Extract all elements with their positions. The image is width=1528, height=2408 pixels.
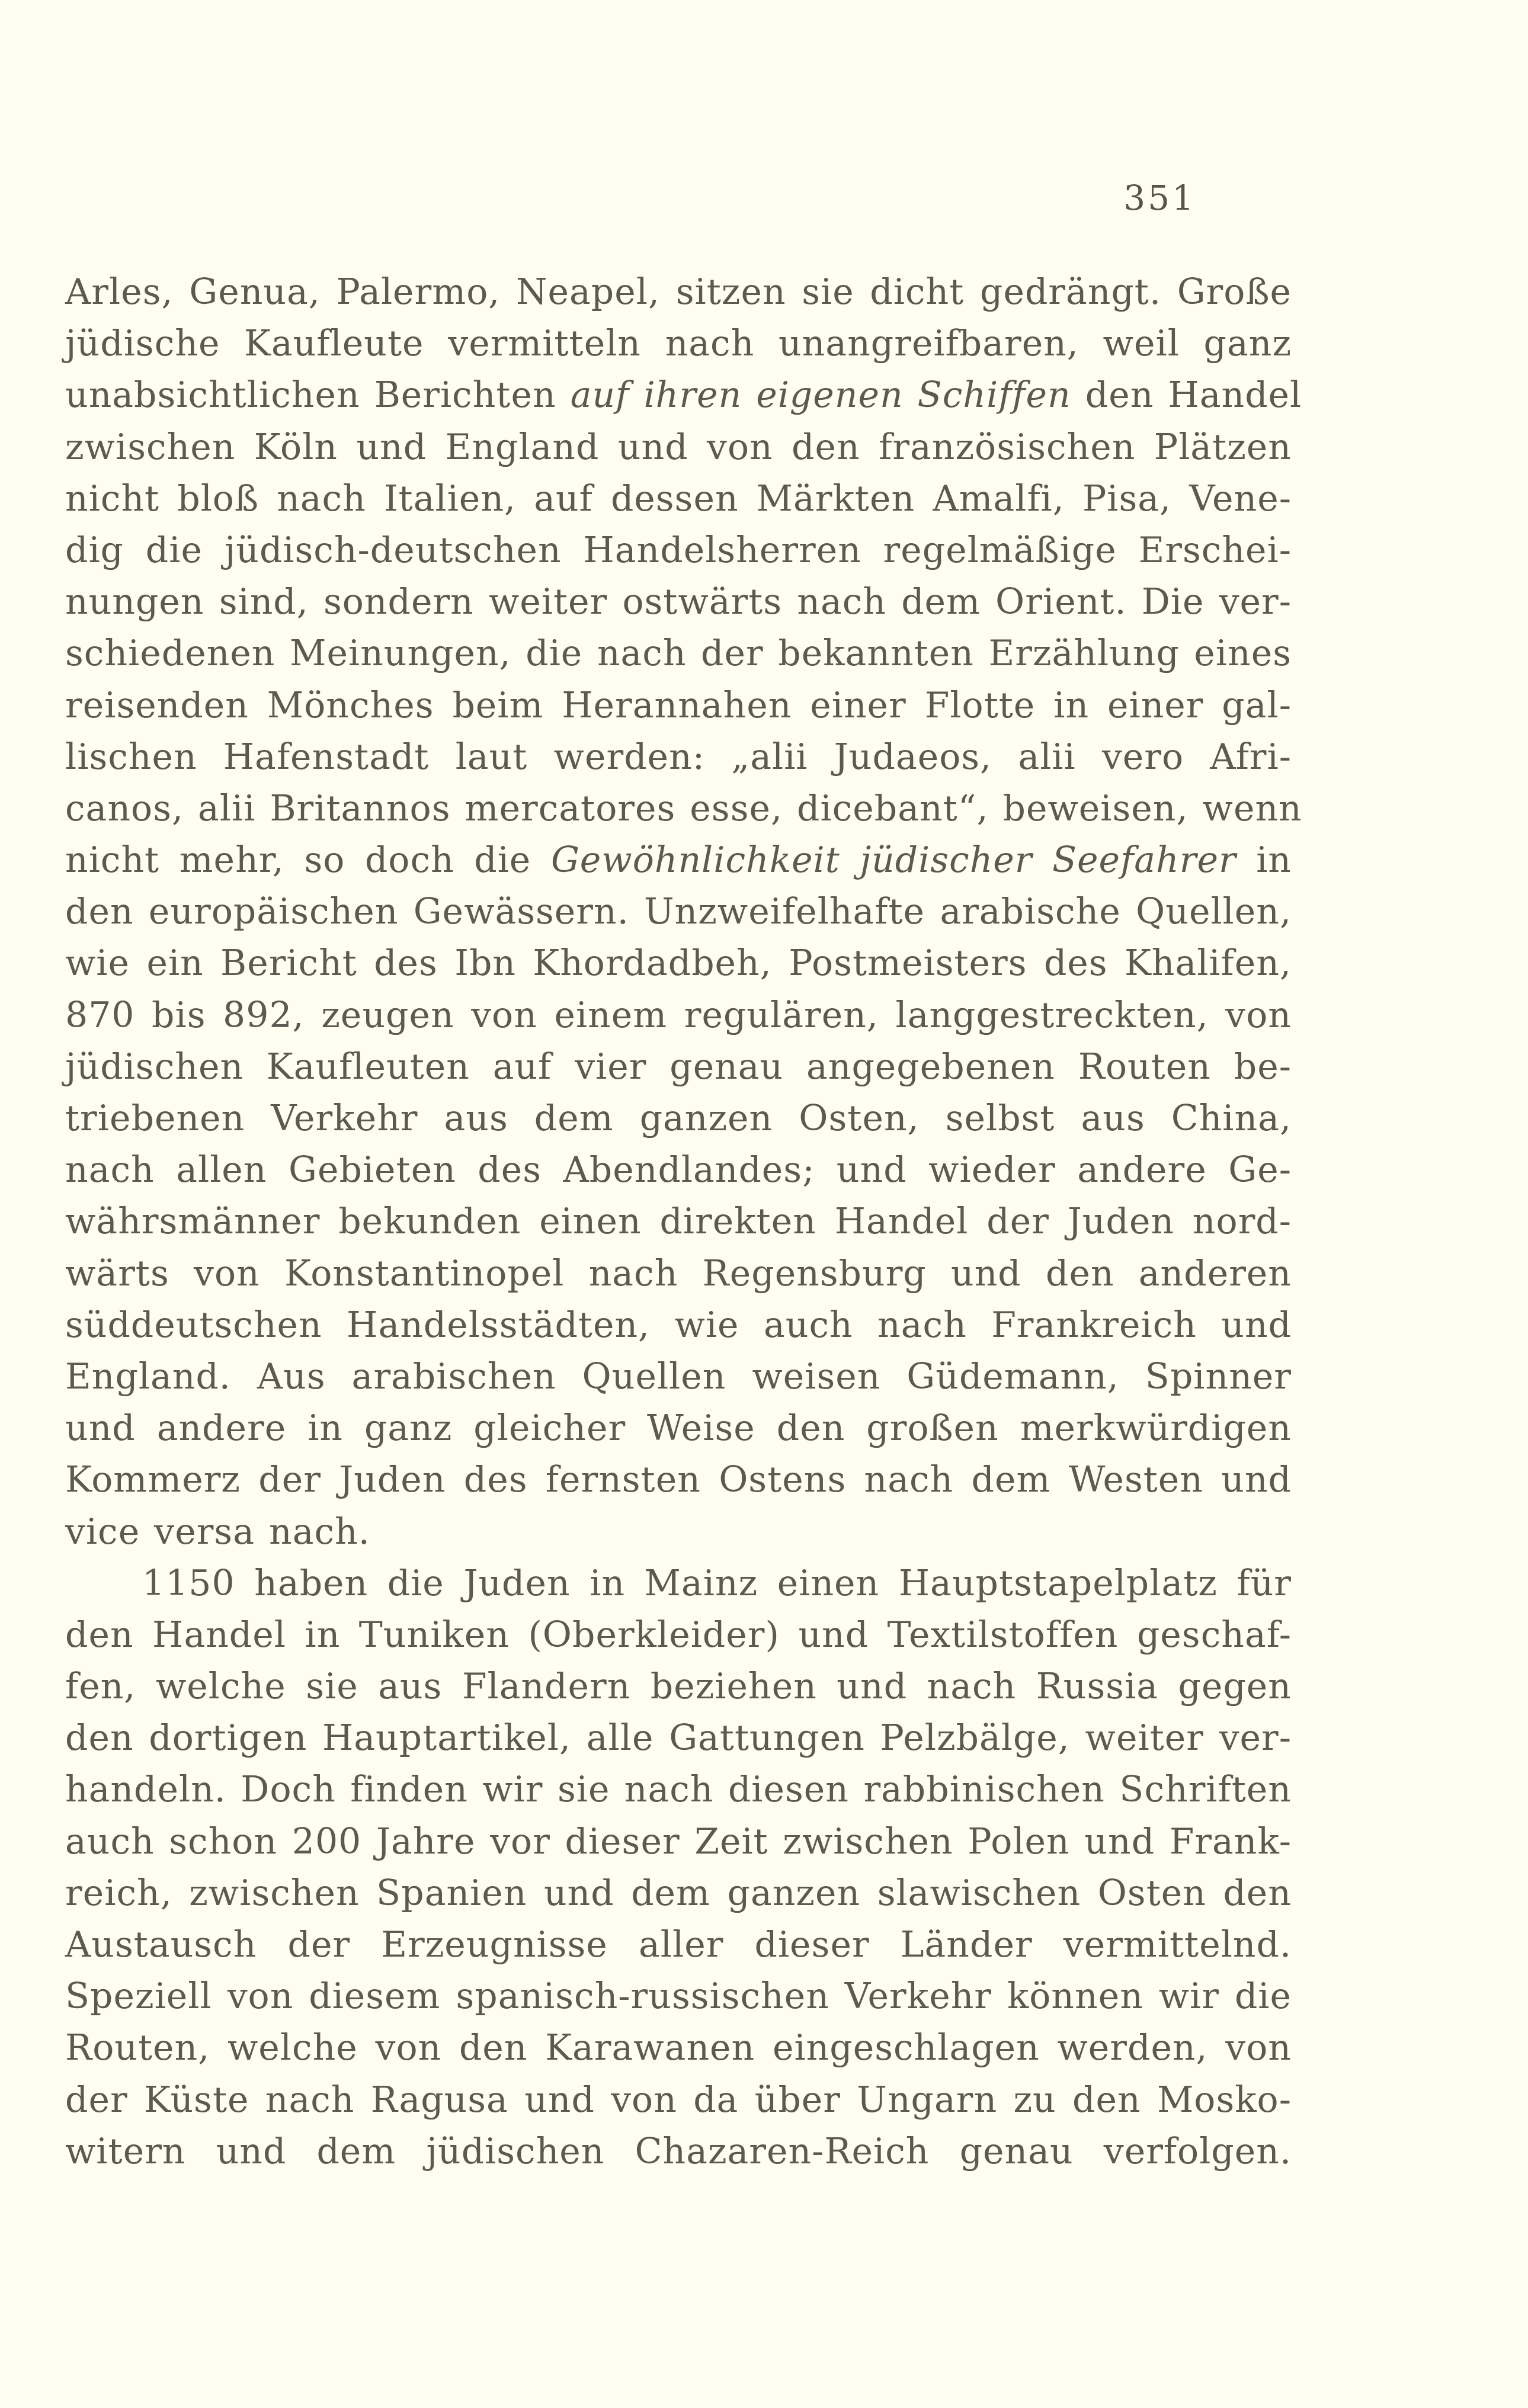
text-line: währsmänner bekunden einen direkten Hand… <box>65 1196 1292 1248</box>
text-line: triebenen Verkehr aus dem ganzen Osten, … <box>65 1093 1292 1144</box>
emphasis: Gewöhnlichkeit jüdischer Seefahrer <box>551 839 1237 881</box>
page-number: 351 <box>1123 178 1196 218</box>
text-line: reisenden Mönches beim Herannahen einer … <box>65 680 1292 732</box>
text-line: der Küste nach Ragusa und von da über Un… <box>65 2074 1292 2126</box>
text-line: den Handel in Tuniken (Oberkleider) und … <box>65 1609 1292 1661</box>
text-line: jüdische Kaufleute vermitteln nach unang… <box>65 318 1292 370</box>
text-line: lischen Hafenstadt laut werden: „alii Ju… <box>65 732 1292 783</box>
text-line: reich, zwischen Spanien und dem ganzen s… <box>65 1868 1292 1919</box>
text-line: England. Aus arabischen Quellen weisen G… <box>65 1351 1292 1403</box>
text-line: nicht bloß nach Italien, auf dessen Märk… <box>65 473 1292 525</box>
text-line: auch schon 200 Jahre vor dieser Zeit zwi… <box>65 1816 1292 1868</box>
text-line: nungen sind, sondern weiter ostwärts nac… <box>65 576 1292 628</box>
text-line: 870 bis 892, zeugen von einem regulären,… <box>65 990 1292 1041</box>
text-line: Routen, welche von den Karawanen eingesc… <box>65 2022 1292 2074</box>
text-line: den dortigen Hauptartikel, alle Gattunge… <box>65 1713 1292 1764</box>
text-line: Kommerz der Juden des fernsten Ostens na… <box>65 1454 1292 1506</box>
text-line: wie ein Bericht des Ibn Khordadbeh, Post… <box>65 938 1292 989</box>
text-line: vice versa nach. <box>65 1506 1292 1558</box>
text-line: nach allen Gebieten des Abendlandes; und… <box>65 1144 1292 1196</box>
text-line: süddeutschen Handelsstädten, wie auch na… <box>65 1300 1292 1351</box>
body-text: Arles, Genua, Palermo, Neapel, sitzen si… <box>65 267 1292 2178</box>
text-line: Austausch der Erzeugnisse aller dieser L… <box>65 1919 1292 1971</box>
text-line: unabsichtlichen Berichten auf ihren eige… <box>65 370 1292 421</box>
text-line: dig die jüdisch-deutschen Handelsherren … <box>65 525 1292 576</box>
text-line: handeln. Doch finden wir sie nach diesen… <box>65 1764 1292 1816</box>
paragraph-1: Arles, Genua, Palermo, Neapel, sitzen si… <box>65 267 1292 1558</box>
paragraph-2: 1150 haben die Juden in Mainz einen Haup… <box>65 1558 1292 2178</box>
text-line: fen, welche sie aus Flandern beziehen un… <box>65 1661 1292 1713</box>
text-line: canos, alii Britannos mercatores esse, d… <box>65 783 1292 835</box>
text-line: jüdischen Kaufleuten auf vier genau ange… <box>65 1041 1292 1093</box>
text-line: schiedenen Meinungen, die nach der bekan… <box>65 628 1292 679</box>
text-line: 1150 haben die Juden in Mainz einen Haup… <box>65 1558 1292 1609</box>
text-line: zwischen Köln und England und von den fr… <box>65 422 1292 473</box>
text-line: wärts von Konstantinopel nach Regensburg… <box>65 1248 1292 1300</box>
text-line: nicht mehr, so doch die Gewöhnlichkeit j… <box>65 835 1292 886</box>
text-line: witern und dem jüdischen Chazaren-Reich … <box>65 2126 1292 2178</box>
text-line: Arles, Genua, Palermo, Neapel, sitzen si… <box>65 267 1292 318</box>
emphasis: auf ihren eigenen Schiffen <box>571 374 1071 416</box>
text-line: den europäischen Gewässern. Unzweifelhaf… <box>65 886 1292 938</box>
text-line: und andere in ganz gleicher Weise den gr… <box>65 1403 1292 1454</box>
text-line: Speziell von diesem spanisch-russischen … <box>65 1971 1292 2022</box>
